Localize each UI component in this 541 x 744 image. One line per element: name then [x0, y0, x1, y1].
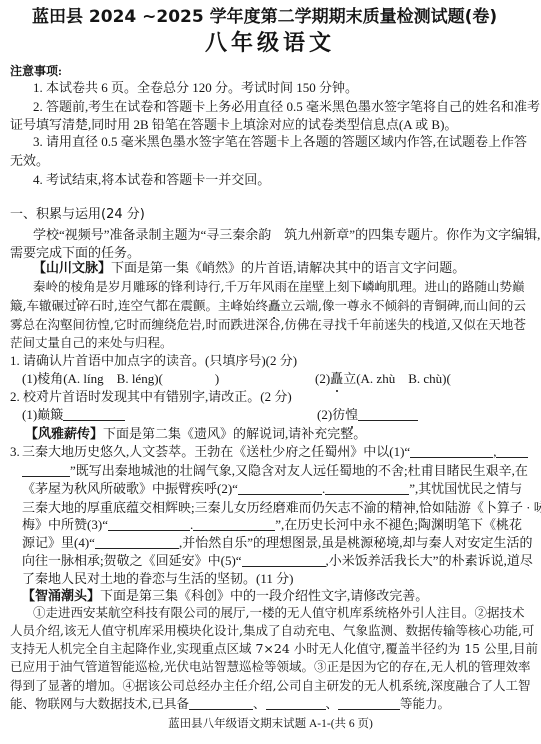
notice-item-2: 2. 答题前,考生在试卷和答题卡上务必用直径 0.5 毫米黑色墨水签字笔将自己的…	[33, 98, 522, 116]
notice-item-3: 3. 请用直径 0.5 毫米黑色墨水签字笔在答题卡上各题的答题区域内作答,在试题…	[33, 133, 522, 151]
part1-header: 【山川文脉】下面是第一集《峭然》的片首语,请解决其中的语言文字问题。	[33, 259, 465, 277]
separator: 、	[253, 696, 266, 711]
answer-blank	[496, 445, 528, 458]
notice-item-3-cont: 无效。	[10, 152, 49, 170]
notice-item-4: 4. 考试结束,将本试卷和答题卡一并交回。	[33, 171, 270, 189]
question-3-line: 向往一脉相承;贺敬之《回延安》中(5)“,小米饭养活我长大”的朴素诉说,道尽	[22, 552, 522, 570]
passage-text: 秦岭的	[33, 279, 71, 294]
word-text: 簸	[50, 407, 63, 422]
part3-passage-line: 支持无人机完全自主起降作业,实现重点区域 7×24 小时无人化值守,覆盖半径约为…	[10, 640, 522, 658]
question-3-line: 三秦大地的厚重底蕴交相辉映;三秦儿女历经磨难而仍矢志不渝的精神,恰如陆游《卜算子…	[22, 499, 522, 517]
item-number: (2)	[317, 407, 332, 422]
separator: 、	[326, 696, 339, 711]
question-text: ”,其忧国忧民之情与	[409, 481, 522, 496]
passage-text: 能、物联网与大数据技术,已具备	[10, 696, 189, 711]
question-text: 梅》中所赞(3)“	[22, 517, 108, 532]
part1-passage-line: 茫间丈量自己的来处与归程。	[10, 334, 173, 352]
part1-passage-line: 秦岭的棱角是岁月雕琢的锋利诗行,千万年风雨在崖壁上刻下嶙峋肌理。进山的路随山势巅	[33, 278, 522, 296]
passage-text: 簸,车辙碾过碎石时,连空气都在震颤。主峰始终	[10, 298, 268, 313]
part1-passage-line: 雾总在沟壑间彷惶,它时而缠绕危岩,时而跌进深谷,仿佛在寻找千年前迷失的栈道,又似…	[10, 316, 522, 334]
question-3-line: 梅》中所赞(3)“.”,在历史长河中永不褪色;陶渊明笔下《桃花	[22, 516, 522, 534]
part3-passage-line: 人员介绍,该无人值守机库采用模块化设计,集成了自动充电、气象监测、数据传输等核心…	[10, 622, 522, 640]
answer-paren: (	[446, 371, 450, 386]
question-1-item-1: (1)棱角(A. líng B. léng)( )	[22, 370, 219, 388]
question-text: 三秦大地历史悠久,人文荟萃。王勃在《送杜少府之任蜀州》中以(1)“	[22, 444, 410, 459]
emphasized-char: 棱	[71, 278, 84, 296]
part3-passage-line: 得到了显著的增加。④据该公司总经办主任介绍,公司自主研发的无人机系统,深度融合了…	[10, 677, 522, 695]
emphasized-char: 矗	[330, 370, 343, 388]
section-intro-line-1: 学校“视频号”准备录制主题为“寻三秦余韵 筑九州新章”的四集专题片。你作为文字编…	[33, 226, 522, 244]
answer-blank	[325, 482, 409, 495]
notice-item-1: 1. 本试卷共 6 页。全卷总分 120 分。考试时间 150 分钟。	[33, 79, 358, 97]
question-2-stem: 2. 校对片首语时发现其中有错别字,请改正。(2 分)	[10, 388, 292, 406]
emphasized-char: 矗	[268, 297, 281, 315]
answer-blank	[266, 697, 326, 710]
section-heading: 一、积累与运用(24 分)	[10, 206, 145, 224]
answer-blank	[358, 408, 418, 421]
question-text: ,并怡然自乐”的理想图景,虽是桃源秘境,却与秦人对安定生活的	[179, 535, 533, 550]
question-text: 源记》里(4)“	[22, 535, 95, 550]
passage-text: 立云端,像一尊永不倾斜的青铜碑,而山间的云	[280, 298, 525, 313]
item-number: (1)	[22, 407, 37, 422]
word-text: 彷	[332, 407, 345, 422]
answer-blank	[242, 554, 326, 567]
exam-title: 蓝田县 2024 ~2025 学年度第二学期期末质量检测试题(卷)	[32, 6, 482, 28]
answer-paren: ( )	[159, 371, 220, 386]
answer-blank	[22, 464, 70, 477]
question-3-line: 源记》里(4)“,并怡然自乐”的理想图景,虽是桃源秘境,却与秦人对安定生活的	[22, 534, 522, 552]
part1-instruction: 下面是第一集《峭然》的片首语,请解决其中的语言文字问题。	[111, 260, 465, 275]
notice-heading: 注意事项:	[10, 62, 62, 80]
pinyin-options: (A. zhù B. chù)	[356, 371, 446, 386]
answer-blank	[63, 408, 125, 421]
question-text: ”既写出秦地城池的壮阔气象,又隐含对友人远任蜀地的不舍;杜甫目睹民生艰辛,在	[70, 463, 528, 478]
emphasized-char: 棱	[37, 370, 50, 388]
part2-tag: 【风雅薪传】	[25, 426, 103, 441]
word-text: 立	[343, 371, 356, 386]
question-3-line: 了秦地人民对土地的眷恋与生活的坚韧。(11 分)	[22, 570, 293, 588]
question-text: 《茅屋为秋风所破歌》中振臂疾呼(2)“	[22, 481, 238, 496]
part3-fill-line: 能、物联网与大数据技术,已具备、、等能力。	[10, 695, 450, 713]
part1-tag: 【山川文脉】	[33, 260, 111, 275]
answer-blank	[193, 518, 275, 531]
word-text: 角	[50, 371, 63, 386]
question-2-item-1: (1)巅簸	[22, 406, 125, 424]
item-number: (2)	[315, 371, 330, 386]
question-3-line: ”既写出秦地城池的壮阔气象,又隐含对友人远任蜀地的不舍;杜甫目睹民生艰辛,在	[22, 462, 522, 480]
question-text: ”,在历史长河中永不褪色;陶渊明笔下《桃花	[275, 517, 522, 532]
part2-header: 【风雅薪传】下面是第二集《遗风》的解说词,请补充完整。	[25, 425, 366, 443]
part1-passage-line: 簸,车辙碾过碎石时,连空气都在震颤。主峰始终矗立云端,像一尊永不倾斜的青铜碑,而…	[10, 297, 522, 315]
emphasized-char: 惶	[345, 406, 358, 424]
answer-blank	[410, 445, 493, 458]
question-2-item-2: (2)彷惶	[317, 406, 418, 424]
answer-blank	[108, 518, 190, 531]
answer-blank	[95, 536, 179, 549]
question-text: 向往一脉相承;贺敬之《回延安》中(5)“	[22, 553, 242, 568]
part3-instruction: 下面是第三集《科创》中的一段介绍性文字,请修改完善。	[100, 588, 428, 603]
question-1-stem: 1. 请确认片首语中加点字的读音。(只填序号)(2 分)	[10, 352, 297, 370]
page-footer: 蓝田县八年级语文期末试题 A-1-(共 6 页)	[0, 715, 541, 733]
passage-text: 角是岁月雕琢的锋利诗行,千万年风雨在崖壁上刻下嶙峋肌理。进山的路随山势巅	[83, 279, 524, 294]
question-text: ,小米饭养活我长大”的朴素诉说,道尽	[326, 553, 533, 568]
item-number: (1)	[22, 371, 37, 386]
answer-blank	[238, 482, 322, 495]
notice-item-2-cont: 证号填写清楚,同时用 2B 铅笔在答题卡上填涂对应的试卷类型信息点(A 或 B)…	[10, 116, 457, 134]
question-3-line: 三秦大地历史悠久,人文荟萃。王勃在《送杜少府之任蜀州》中以(1)“,	[22, 443, 522, 461]
pinyin-options: (A. líng B. léng)	[63, 371, 158, 386]
question-3-line: 《茅屋为秋风所破歌》中振臂疾呼(2)“.”,其忧国忧民之情与	[22, 480, 522, 498]
exam-subject-title: 八年级语文	[205, 31, 331, 57]
part3-header: 【智涌潮头】下面是第三集《科创》中的一段介绍性文字,请修改完善。	[22, 587, 428, 605]
part3-tag: 【智涌潮头】	[22, 588, 100, 603]
answer-blank	[338, 697, 400, 710]
question-3-number: 3.	[10, 443, 20, 461]
part3-passage-line: ①走进西安某航空科技有限公司的展厅,一楼的无人值守机库系统格外引人注目。②据技术	[33, 604, 522, 622]
answer-blank	[189, 697, 253, 710]
question-1-item-2: (2)矗立(A. zhù B. chù)(	[315, 370, 451, 388]
part2-instruction: 下面是第二集《遗风》的解说词,请补充完整。	[103, 426, 366, 441]
part3-passage-line: 已应用于油气管道智能巡检,光伏电站智慧巡检等领域。③正是因为它的存在,无人机的管…	[10, 658, 522, 676]
passage-text: 等能力。	[400, 696, 450, 711]
emphasized-char: 巅	[37, 406, 50, 424]
